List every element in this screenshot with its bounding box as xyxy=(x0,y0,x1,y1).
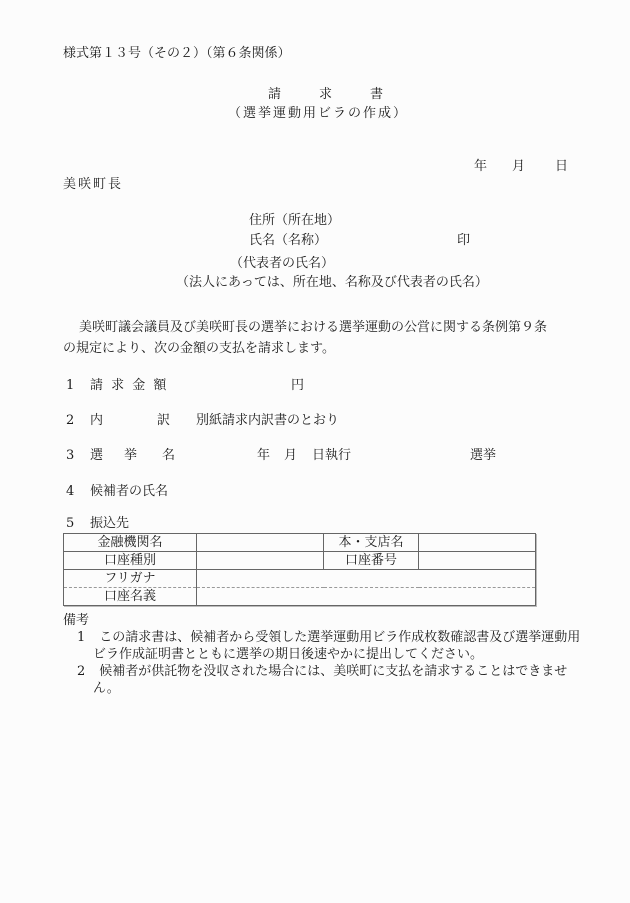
table-row: フリガナ xyxy=(64,570,536,588)
item-2-value: 別紙請求内訳書のとおり xyxy=(196,413,339,429)
item-1-label: 請 求 金 額 xyxy=(90,378,168,394)
item-2-label-a: 内 xyxy=(90,413,103,429)
note-number: 2 xyxy=(77,664,85,679)
account-type-field[interactable] xyxy=(197,552,324,570)
table-row: 金融機関名 本・支店名 xyxy=(64,534,536,552)
note-text: この請求書は、候補者から受領した選挙運動用ビラ作成枚数確認書及び選挙運動用ビラ作… xyxy=(93,630,580,662)
body-line-1: 美咲町議会議員及び美咲町長の選挙における選挙運動の公営に関する条例第９条 xyxy=(79,320,547,336)
note-item: 1この請求書は、候補者から受領した選挙運動用ビラ作成枚数確認書及び選挙運動用ビラ… xyxy=(63,629,583,663)
name-label: 氏名（名称） xyxy=(249,233,327,249)
date-month: 月 xyxy=(512,159,525,175)
account-holder-label: 口座名義 xyxy=(64,588,197,606)
item-2-label-b: 訳 xyxy=(157,413,170,429)
account-number-field[interactable] xyxy=(419,552,536,570)
representative-label: （代表者の氏名） xyxy=(230,256,334,272)
body-line-2: の規定により、次の金額の支払を請求します。 xyxy=(63,341,335,357)
branch-name-field[interactable] xyxy=(419,534,536,552)
item-5-label: 振込先 xyxy=(90,516,129,532)
document-title: 請求書 xyxy=(268,87,383,103)
bank-transfer-table: 金融機関名 本・支店名 口座種別 口座番号 フリガナ 口座名義 xyxy=(63,533,536,606)
item-3-label-a: 選 xyxy=(90,448,103,464)
table-row: 口座名義 xyxy=(64,588,536,606)
branch-name-label: 本・支店名 xyxy=(324,534,419,552)
seal-mark: 印 xyxy=(457,233,470,249)
account-number-label: 口座番号 xyxy=(324,552,419,570)
note-item: 2候補者が供託物を没収された場合には、美咲町に支払を請求することはできません。 xyxy=(63,663,583,697)
item-3-election: 選挙 xyxy=(470,448,496,464)
item-3-year: 年 xyxy=(257,448,270,464)
item-2-number: 2 xyxy=(66,413,74,429)
account-type-label: 口座種別 xyxy=(64,552,197,570)
table-row: 口座種別 口座番号 xyxy=(64,552,536,570)
notes-heading: 備考 xyxy=(63,612,583,629)
bank-name-field[interactable] xyxy=(197,534,324,552)
item-3-label-c: 名 xyxy=(162,448,175,464)
date-year: 年 xyxy=(474,159,487,175)
note-number: 1 xyxy=(77,630,85,645)
notes-section: 備考 1この請求書は、候補者から受領した選挙運動用ビラ作成枚数確認書及び選挙運動… xyxy=(63,612,583,697)
item-3-month: 月 xyxy=(284,448,297,464)
item-3-number: 3 xyxy=(66,448,74,464)
item-4-label: 候補者の氏名 xyxy=(90,484,168,500)
addressee: 美咲町長 xyxy=(63,177,123,193)
address-label: 住所（所在地） xyxy=(249,213,340,229)
bank-name-label: 金融機関名 xyxy=(64,534,197,552)
corporate-note: （法人にあっては、所在地、名称及び代表者の氏名） xyxy=(176,275,488,291)
date-day: 日 xyxy=(555,159,568,175)
furigana-field[interactable] xyxy=(197,570,536,588)
furigana-label: フリガナ xyxy=(64,570,197,588)
item-3-label-b: 挙 xyxy=(124,448,137,464)
item-1-number: 1 xyxy=(66,378,74,394)
document-subtitle: （選挙運動用ビラの作成） xyxy=(228,106,408,122)
item-5-number: 5 xyxy=(66,516,74,532)
form-number: 様式第１３号（その２）（第６条関係） xyxy=(63,46,291,62)
item-4-number: 4 xyxy=(66,484,74,500)
item-1-yen: 円 xyxy=(291,378,304,394)
note-text: 候補者が供託物を没収された場合には、美咲町に支払を請求することはできません。 xyxy=(93,664,567,696)
item-3-day-exec: 日執行 xyxy=(312,448,351,464)
account-holder-field[interactable] xyxy=(197,588,536,606)
